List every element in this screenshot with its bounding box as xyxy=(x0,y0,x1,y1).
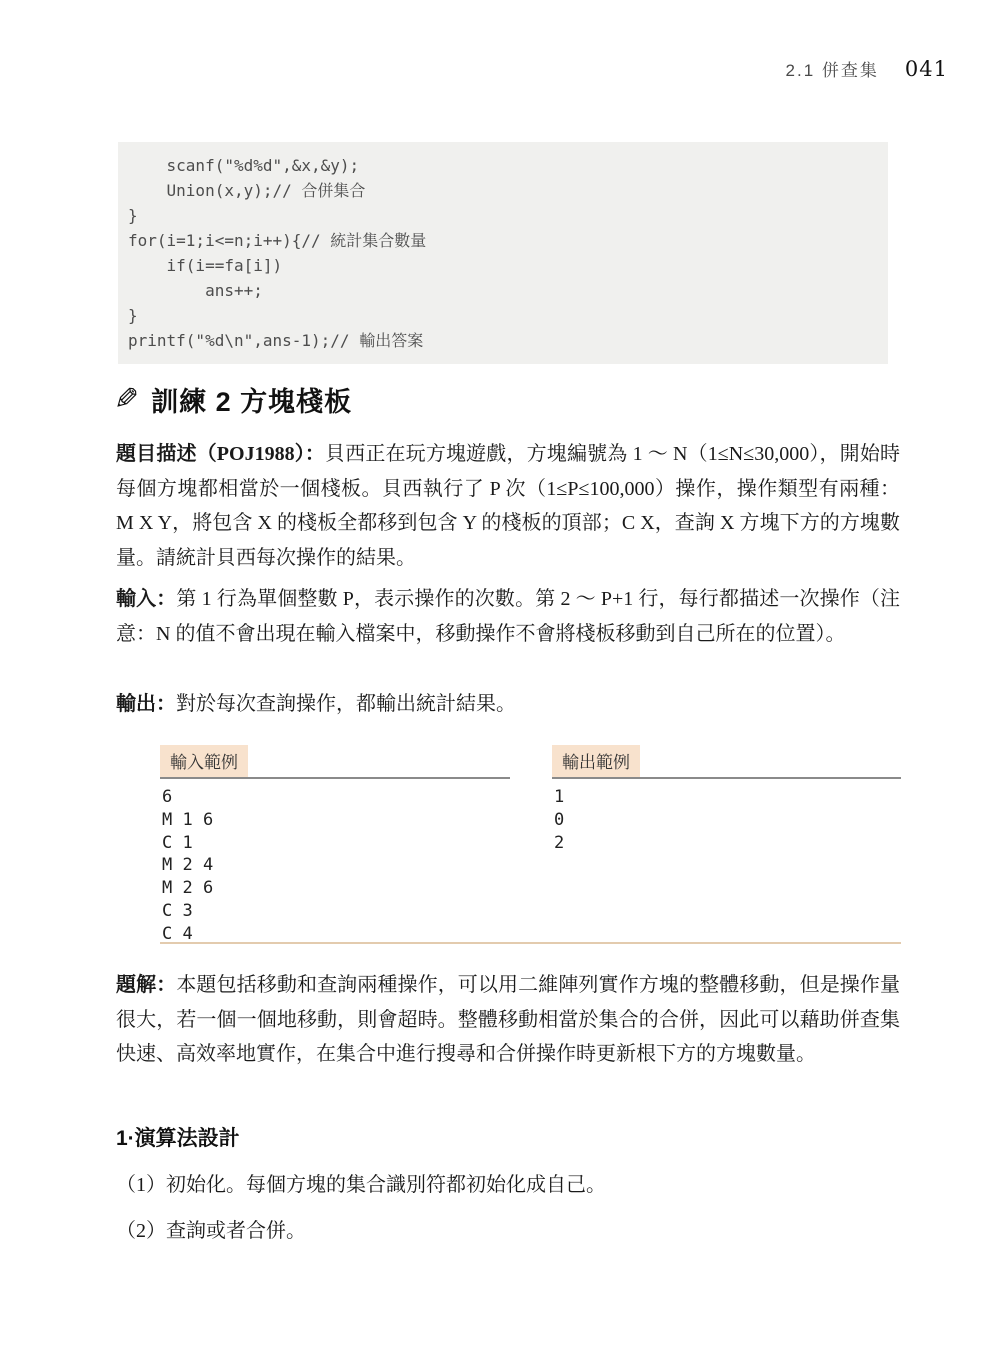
code-text: scanf("%d%d",&x,&y); Union(x,y);// 合併集合 … xyxy=(128,153,874,353)
output-spec-lead: 輸出： xyxy=(116,693,176,715)
page-number: 041 xyxy=(905,57,948,81)
problem-description-paragraph: 題目描述（POJ1988）：貝西正在玩方塊遊戲，方塊編號為 1 ～ N（1≤N≤… xyxy=(116,437,900,575)
input-example-header: 輸入範例 xyxy=(160,745,510,779)
solution-body: 本題包括移動和查詢兩種操作，可以用二維陣列實作方塊的整體移動，但是操作量很大，若… xyxy=(116,974,900,1065)
algorithm-step-item: （2）查詢或者合併。 xyxy=(116,1214,900,1243)
output-spec-body: 對於每次查詢操作，都輸出統計結果。 xyxy=(176,693,516,715)
output-spec-paragraph: 輸出：對於每次查詢操作，都輸出統計結果。 xyxy=(116,687,900,722)
section-label: 2.1 併查集 xyxy=(786,56,879,81)
output-example-label: 輸出範例 xyxy=(552,745,640,777)
page-header: 2.1 併查集 041 xyxy=(786,56,948,81)
code-block: scanf("%d%d",&x,&y); Union(x,y);// 合併集合 … xyxy=(118,142,888,364)
examples-divider xyxy=(160,942,901,944)
output-example-header: 輸出範例 xyxy=(552,745,901,779)
input-example-content: 6 M 1 6 C 1 M 2 4 M 2 6 C 3 C 4 xyxy=(162,786,510,946)
examples-section: 輸入範例 6 M 1 6 C 1 M 2 4 M 2 6 C 3 C 4 輸出範… xyxy=(160,745,901,944)
training-heading: ✎ 訓練 2 方塊棧板 xyxy=(114,380,352,419)
input-spec-body: 第 1 行為單個整數 P，表示操作的次數。第 2 ～ P+1 行，每行都描述一次… xyxy=(116,588,900,645)
algorithm-step-item: （1）初始化。每個方塊的集合識別符都初始化成自己。 xyxy=(116,1168,900,1197)
solution-paragraph: 題解：本題包括移動和查詢兩種操作，可以用二維陣列實作方塊的整體移動，但是操作量很… xyxy=(116,968,900,1072)
input-spec-lead: 輸入： xyxy=(116,588,176,610)
problem-description-lead: 題目描述（POJ1988）： xyxy=(116,443,325,465)
solution-lead: 題解： xyxy=(116,974,176,996)
input-example-panel: 輸入範例 6 M 1 6 C 1 M 2 4 M 2 6 C 3 C 4 xyxy=(160,745,510,946)
algorithm-design-heading: 1·演算法設計 xyxy=(116,1122,240,1152)
training-title: 訓練 2 方塊棧板 xyxy=(151,380,352,419)
book-page: 2.1 併查集 041 scanf("%d%d",&x,&y); Union(x… xyxy=(0,0,1000,1353)
output-example-panel: 輸出範例 1 0 2 xyxy=(552,745,901,946)
output-example-content: 1 0 2 xyxy=(554,786,901,854)
input-example-label: 輸入範例 xyxy=(160,745,248,777)
input-spec-paragraph: 輸入：第 1 行為單個整數 P，表示操作的次數。第 2 ～ P+1 行，每行都描… xyxy=(116,582,900,651)
pencil-icon: ✎ xyxy=(114,385,139,415)
